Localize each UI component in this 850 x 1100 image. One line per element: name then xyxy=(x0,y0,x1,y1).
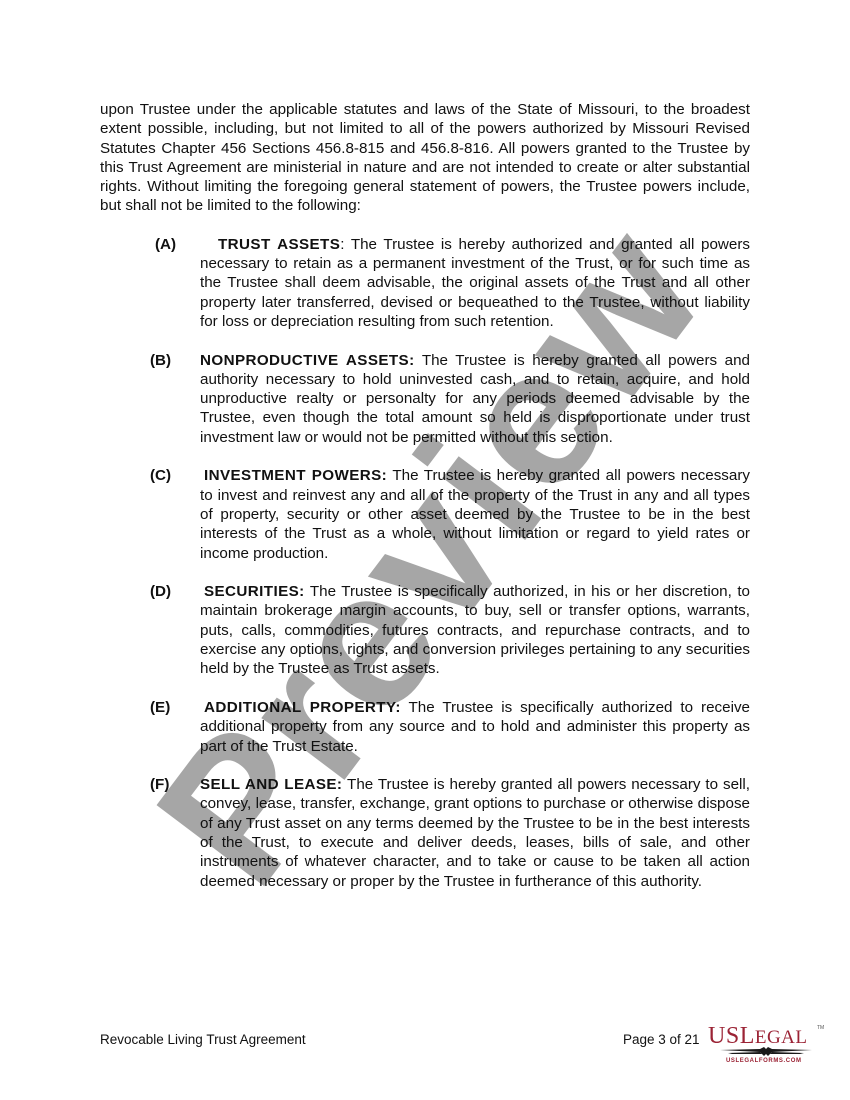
item-label: (A) xyxy=(155,235,176,254)
footer-document-title: Revocable Living Trust Agreement xyxy=(100,1032,306,1047)
item-label: (F) xyxy=(150,775,169,794)
power-item-c: (C) INVESTMENT POWERS: The Trustee is he… xyxy=(100,466,750,562)
footer-page-number: Page 3 of 21 xyxy=(623,1032,700,1047)
power-item-b: (B) NONPRODUCTIVE ASSETS: The Trustee is… xyxy=(100,351,750,447)
uslegal-logo[interactable]: USLEGAL TM USLEGALFORMS.COM xyxy=(706,1024,824,1068)
item-heading: ADDITIONAL PROPERTY: xyxy=(204,699,401,716)
item-label: (D) xyxy=(150,582,171,601)
power-item-a: (A) TRUST ASSETS: The Trustee is hereby … xyxy=(100,235,750,331)
eagle-icon xyxy=(720,1047,812,1057)
item-heading: INVESTMENT POWERS: xyxy=(204,467,387,484)
power-item-e: (E) ADDITIONAL PROPERTY: The Trustee is … xyxy=(100,698,750,756)
item-heading: NONPRODUCTIVE ASSETS: xyxy=(200,352,415,369)
item-label: (E) xyxy=(150,698,170,717)
intro-paragraph: upon Trustee under the applicable statut… xyxy=(100,100,750,216)
power-item-d: (D) SECURITIES: The Trustee is specifica… xyxy=(100,582,750,678)
power-item-f: (F) SELL AND LEASE: The Trustee is hereb… xyxy=(100,775,750,891)
item-text: The Trustee is hereby granted all powers… xyxy=(200,776,750,889)
document-page: Preview upon Trustee under the applicabl… xyxy=(0,0,850,1100)
document-body: upon Trustee under the applicable statut… xyxy=(100,100,750,910)
item-heading: SECURITIES: xyxy=(204,583,305,600)
item-label: (B) xyxy=(150,351,171,370)
item-heading: SELL AND LEASE: xyxy=(200,776,342,793)
item-heading: TRUST ASSETS xyxy=(218,236,340,253)
item-label: (C) xyxy=(150,466,171,485)
trademark-mark: TM xyxy=(817,1025,824,1031)
logo-url: USLEGALFORMS.COM xyxy=(726,1058,802,1064)
